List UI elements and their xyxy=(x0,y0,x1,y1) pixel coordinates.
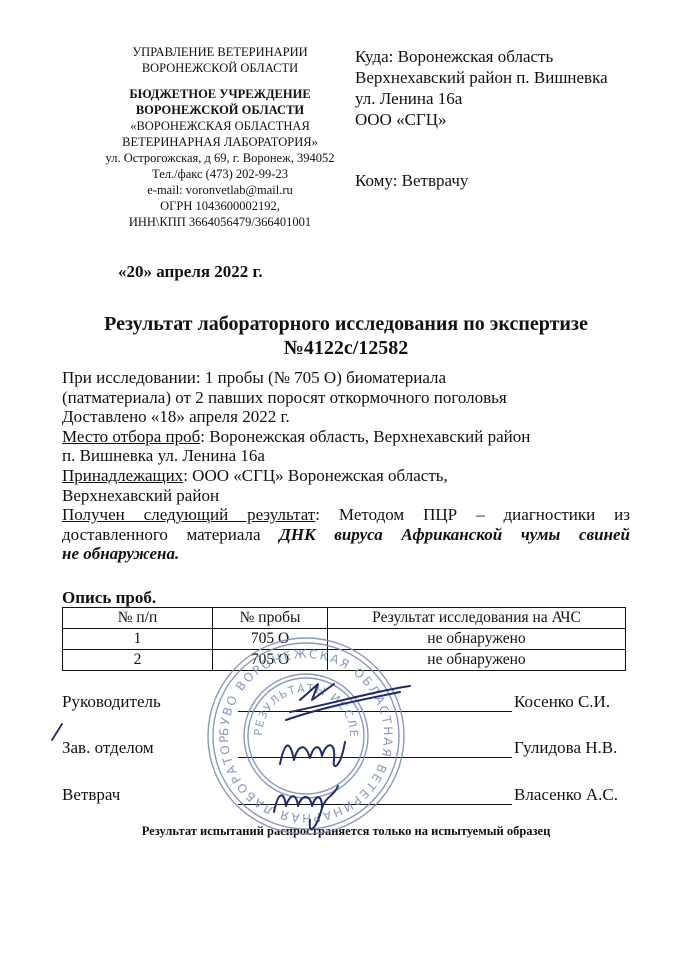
header-result: Результат исследования на АЧС xyxy=(328,608,626,629)
recipient-district: Верхнехавский район п. Вишневка xyxy=(355,67,608,88)
recipient-street: ул. Ленина 16а xyxy=(355,88,608,109)
study-line-2: (патматериала) от 2 павших поросят откор… xyxy=(62,388,630,408)
header-sample: № пробы xyxy=(213,608,328,629)
signature-name: Гулидова Н.В. xyxy=(514,738,617,758)
document-date: «20» апреля 2022 г. xyxy=(118,262,263,282)
org-region: ВОРОНЕЖСКОЙ ОБЛАСТИ xyxy=(80,102,360,118)
cell-result: не обнаружено xyxy=(328,629,626,650)
owner-label: Принадлежащих xyxy=(62,466,183,485)
cell-index: 2 xyxy=(63,650,213,671)
title-number: №4122с/12582 xyxy=(40,336,652,360)
org-phone: Тел./факс (473) 202-99-23 xyxy=(80,166,360,182)
table-row: 2 705 О не обнаружено xyxy=(63,650,626,671)
signature-line xyxy=(238,804,512,805)
result-2: доставленного материала ДНК вируса Африк… xyxy=(62,525,630,545)
signature-line xyxy=(238,757,512,758)
recipient-company: ООО «СГЦ» xyxy=(355,109,608,130)
sampling-place-2: п. Вишневка ул. Ленина 16а xyxy=(62,446,630,466)
cell-sample: 705 О xyxy=(213,650,328,671)
signature-role: Зав. отделом xyxy=(62,738,154,758)
org-name-1: «ВОРОНЕЖСКАЯ ОБЛАСТНАЯ xyxy=(80,118,360,134)
document-title: Результат лабораторного исследования по … xyxy=(40,312,652,360)
recipient-block: Куда: Воронежская область Верхнехавский … xyxy=(355,46,608,191)
sampling-place: Место отбора проб: Воронежская область, … xyxy=(62,427,630,447)
result-emphasis-2: не обнаружена. xyxy=(62,544,630,564)
owner-2: Верхнехавский район xyxy=(62,486,630,506)
signature-name: Власенко А.С. xyxy=(514,785,618,805)
result-value-2: доставленного материала xyxy=(62,525,279,544)
result-emphasis: ДНК вируса Африканской чумы свиней xyxy=(279,525,630,544)
org-type: БЮДЖЕТНОЕ УЧРЕЖДЕНИЕ xyxy=(80,86,360,102)
sender-block: УПРАВЛЕНИЕ ВЕТЕРИНАРИИ ВОРОНЕЖСКОЙ ОБЛАС… xyxy=(80,44,360,230)
result-label: Получен следующий результат xyxy=(62,505,315,524)
authority-name: УПРАВЛЕНИЕ ВЕТЕРИНАРИИ xyxy=(80,44,360,60)
footer-note: Результат испытаний распространяется тол… xyxy=(0,824,692,839)
inventory-title: Опись проб. xyxy=(62,588,156,608)
signature-name: Косенко С.И. xyxy=(514,692,610,712)
cell-index: 1 xyxy=(63,629,213,650)
document-body: При исследовании: 1 пробы (№ 705 О) биом… xyxy=(62,368,630,564)
org-email: e-mail: voronvetlab@mail.ru xyxy=(80,182,360,198)
result-value: : Методом ПЦР – диагностики из xyxy=(315,505,630,524)
owner-value: : ООО «СГЦ» Воронежская область, xyxy=(183,466,448,485)
sampling-place-value: : Воронежская область, Верхнехавский рай… xyxy=(200,427,530,446)
samples-table: № п/п № пробы Результат исследования на … xyxy=(62,607,626,671)
recipient-whom: Кому: Ветврачу xyxy=(355,170,608,191)
signature-line xyxy=(238,711,512,712)
org-address: ул. Острогожская, д 69, г. Воронеж, 3940… xyxy=(80,150,360,166)
result: Получен следующий результат: Методом ПЦР… xyxy=(62,505,630,525)
signature-row-dept: Зав. отделом Гулидова Н.В. xyxy=(62,738,622,762)
signature-row-vet: Ветврач Власенко А.С. xyxy=(62,785,622,809)
header-index: № п/п xyxy=(63,608,213,629)
study-line-1: При исследовании: 1 пробы (№ 705 О) биом… xyxy=(62,368,630,388)
delivered-date: Доставлено «18» апреля 2022 г. xyxy=(62,407,630,427)
sampling-place-label: Место отбора проб xyxy=(62,427,200,446)
org-ogrn: ОГРН 1043600002192, xyxy=(80,198,360,214)
table-header-row: № п/п № пробы Результат исследования на … xyxy=(63,608,626,629)
title-main: Результат лабораторного исследования по … xyxy=(40,312,652,336)
owner: Принадлежащих: ООО «СГЦ» Воронежская обл… xyxy=(62,466,630,486)
cell-result: не обнаружено xyxy=(328,650,626,671)
org-inn-kpp: ИНН\КПП 3664056479/366401001 xyxy=(80,214,360,230)
recipient-region: Куда: Воронежская область xyxy=(355,46,608,67)
margin-slash-mark xyxy=(52,724,62,740)
authority-region: ВОРОНЕЖСКОЙ ОБЛАСТИ xyxy=(80,60,360,76)
org-name-2: ВЕТЕРИНАРНАЯ ЛАБОРАТОРИЯ» xyxy=(80,134,360,150)
cell-sample: 705 О xyxy=(213,629,328,650)
table-row: 1 705 О не обнаружено xyxy=(63,629,626,650)
signature-row-head: Руководитель Косенко С.И. xyxy=(62,692,622,716)
signature-role: Руководитель xyxy=(62,692,161,712)
signature-role: Ветврач xyxy=(62,785,120,805)
